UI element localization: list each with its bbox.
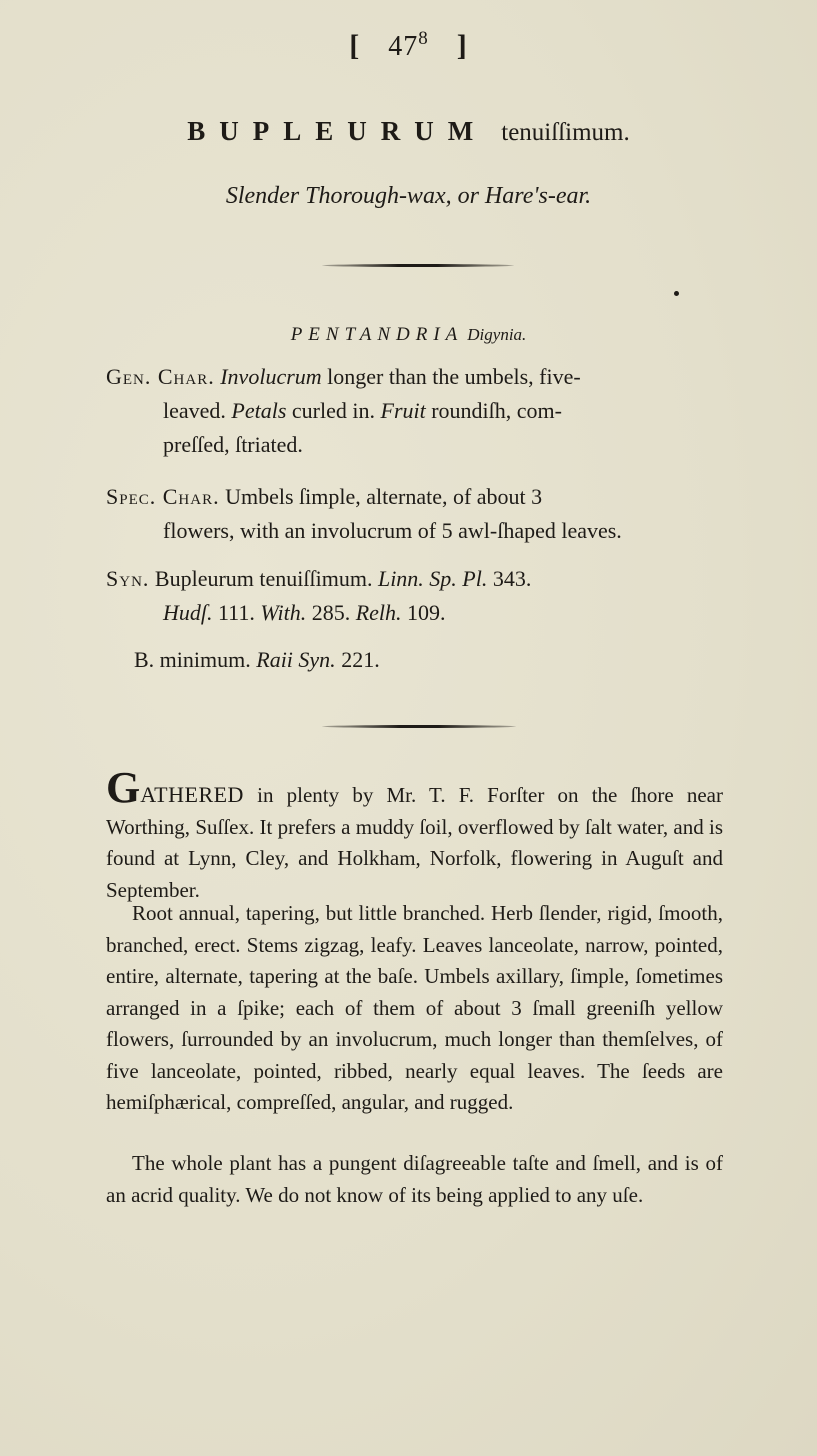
gen-char-text: leaved.	[163, 398, 231, 423]
syn-ref: Linn. Sp. Pl.	[378, 566, 487, 591]
opening-caps: ATHERED	[140, 782, 244, 807]
syn-ref: With.	[260, 600, 306, 625]
drop-cap: G	[106, 763, 140, 812]
synonyms: Syn. Bupleurum tenuiſſimum. Linn. Sp. Pl…	[106, 562, 718, 630]
syn-label: Syn.	[106, 566, 149, 591]
syn-ref: Relh.	[356, 600, 402, 625]
ink-speck	[674, 291, 679, 296]
gen-char-text: roundiſh, com-	[426, 398, 562, 423]
gen-char-term: Involucrum	[220, 364, 321, 389]
description-paragraph-2: Root annual, tapering, but little branch…	[106, 898, 723, 1119]
description-paragraph-3: The whole plant has a pungent diſagreeab…	[106, 1148, 723, 1211]
gen-char-term: Petals	[231, 398, 286, 423]
page-bracket-close: ]	[457, 29, 468, 63]
gen-char-term: Fruit	[381, 398, 426, 423]
spec-char-label: Spec. Char.	[106, 484, 220, 509]
synonym-b-minimum: B. minimum. Raii Syn. 221.	[134, 647, 380, 673]
page-title: BUPLEURUMtenuiſſimum.	[0, 116, 817, 147]
generic-character: Gen. Char. Involucrum longer than the um…	[106, 360, 718, 462]
page-number-sup: 8	[418, 28, 429, 49]
syn-page: 285.	[306, 600, 356, 625]
syn-page: 109.	[402, 600, 446, 625]
gen-char-continuation: leaved. Petals curled in. Fruit roundiſh…	[106, 394, 718, 462]
syn-page: 221.	[336, 647, 380, 672]
syn-page: 111.	[213, 600, 261, 625]
page-number-value: 47	[388, 31, 418, 62]
common-name: Slender Thorough-wax, or Hare's-ear.	[0, 183, 817, 210]
gen-char-text: curled in.	[286, 398, 380, 423]
page-number: [478]	[0, 28, 817, 63]
divider-rule	[322, 264, 514, 267]
paragraph-text: Root annual, tapering, but little branch…	[106, 898, 723, 1119]
gen-char-text: preſſed, ſtriated.	[163, 432, 303, 457]
species-name: tenuiſſimum.	[501, 119, 629, 146]
specific-character: Spec. Char. Umbels ſimple, alternate, of…	[106, 480, 718, 548]
syn-page: 343.	[487, 566, 531, 591]
divider-rule	[322, 725, 516, 728]
gen-char-label: Gen. Char.	[106, 364, 215, 389]
linnaean-classification: PENTANDRIADigynia.	[0, 324, 817, 346]
gen-char-text: longer than the umbels, five-	[322, 364, 581, 389]
spec-char-text: Umbels ſimple, alternate, of about 3	[220, 484, 543, 509]
syn-ref: Raii Syn.	[256, 647, 335, 672]
page-bracket-open: [	[349, 29, 360, 63]
genus-name: BUPLEURUM	[187, 116, 487, 146]
class-name: PENTANDRIA	[291, 324, 464, 345]
syn-continuation: Hudſ. 111. With. 285. Relh. 109.	[106, 596, 718, 630]
paragraph-text: The whole plant has a pungent diſagreeab…	[106, 1148, 723, 1211]
syn-ref: Hudſ.	[163, 600, 213, 625]
syn-text: B. minimum.	[134, 647, 256, 672]
order-name: Digynia.	[467, 325, 526, 344]
spec-char-continuation: flowers, with an involucrum of 5 awl-ſha…	[106, 514, 718, 548]
syn-text: Bupleurum tenuiſſimum.	[149, 566, 378, 591]
description-paragraph-1: GATHERED in plenty by Mr. T. F. Forſter …	[106, 773, 723, 906]
